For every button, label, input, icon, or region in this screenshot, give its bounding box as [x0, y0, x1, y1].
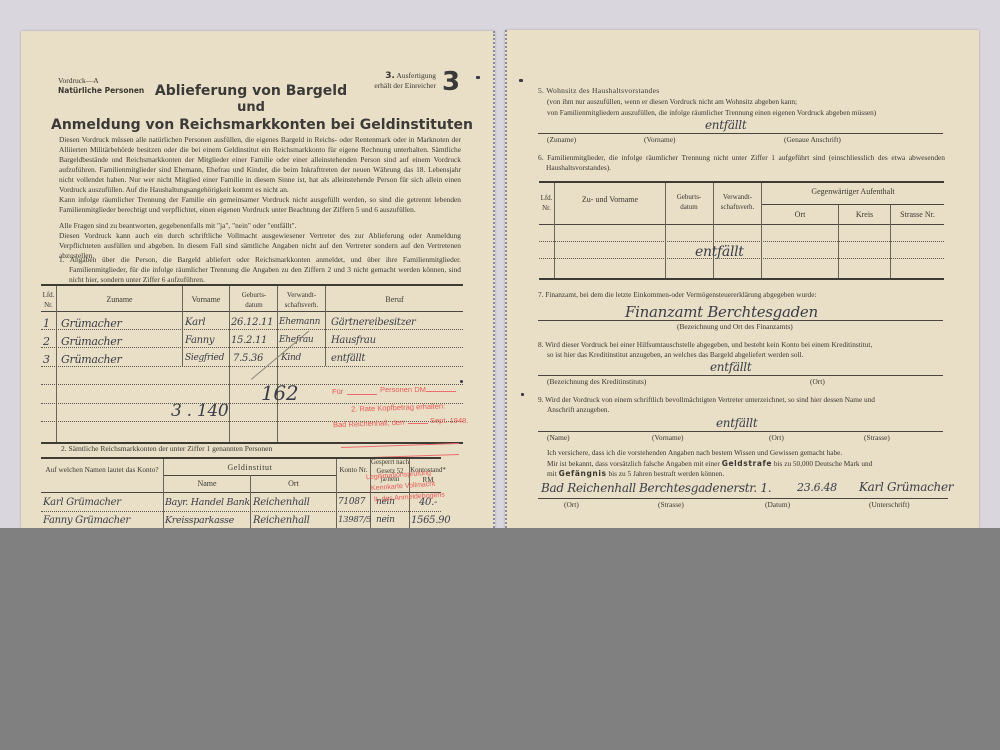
declaration-2: Mir ist bekannt, dass vorsätzlich falsch…: [547, 459, 872, 468]
row-bank-name: Bayr. Handel Bank: [165, 497, 250, 508]
row-nr: 1: [43, 317, 50, 330]
row-geburtsdatum: 15.2.11: [231, 335, 267, 346]
header-ort: Ort: [762, 210, 838, 220]
label-kreditinstitut: (Bezeichnung des Kreditinstituts): [547, 377, 646, 387]
label-finanzamt: (Bezeichnung und Ort des Finanzamts): [677, 322, 793, 332]
header-account-name: Auf welchen Namen lautet das Konto?: [41, 465, 163, 475]
header-geldinstitut: Geldinstitut: [164, 463, 336, 473]
header-name: Zu- und Vorname: [555, 195, 665, 205]
copy-label-line-2: erhält der Einreicher: [374, 81, 436, 90]
stamp-line-1a: Für: [332, 387, 343, 396]
punch-hole: [460, 380, 463, 383]
gray-overlay-band: [0, 528, 1000, 750]
declaration-3: mit Gefängnis bis zu 5 Jahren bestraft w…: [547, 469, 724, 478]
stamp-line-3a: Bad Reichenhall, den: [333, 418, 405, 429]
header-verwandtschaft: Verwandt-schaftsverh.: [714, 192, 761, 212]
row-gesperrt: nein: [376, 515, 395, 525]
row-zuname: Grümacher: [61, 353, 121, 366]
form-page-left: Vordruck—A Natürliche Personen Ablieferu…: [21, 31, 495, 528]
row-verwandtschaft: Kind: [281, 353, 301, 363]
label-genaue-anschrift: (Genaue Anschrift): [784, 135, 841, 145]
header-nr: Lfd. Nr.: [539, 193, 554, 213]
punch-hole: [476, 76, 480, 79]
signature-datum: 23.6.48: [797, 481, 837, 494]
stamp-line-1b: Personen DM: [380, 385, 426, 394]
label-name: (Name): [547, 433, 570, 443]
row-zuname: Grümacher: [61, 335, 121, 348]
row-geburtsdatum: 7.5.36: [233, 353, 263, 364]
label-vorname: (Vorname): [644, 135, 675, 145]
stamp-line-3b: Sept. 1948.: [430, 416, 468, 425]
header-ort: Ort: [251, 479, 336, 489]
row-verwandtschaft: Ehemann: [279, 317, 320, 327]
row-kontostand: 1565.90: [411, 515, 450, 526]
punch-hole: [521, 393, 524, 396]
form-subtitle: Natürliche Personen: [58, 86, 144, 96]
declaration-3c: bis zu 5 Jahren bestraft werden können.: [608, 469, 724, 478]
section-1-text: 1. Angaben über die Person, die Bargeld …: [59, 255, 461, 285]
stamp-line-2: 2. Rate Kopfbetrag erhalten:: [351, 401, 445, 413]
title-line-3: Anmeldung von Reichsmarkkonten bei Geldi…: [51, 117, 461, 133]
handwritten-total-1: 3 . 140: [171, 401, 228, 421]
handwritten-total-2: 162: [261, 381, 298, 405]
declaration-gefaengnis: Gefängnis: [559, 469, 607, 478]
header-name: Name: [164, 479, 250, 489]
copy-label: 3. Ausfertigung erhält der Einreicher: [341, 71, 436, 91]
table-6-value: entfällt: [695, 244, 744, 260]
row-vorname: Fanny: [185, 335, 214, 346]
row-geburtsdatum: 26.12.11: [231, 317, 273, 328]
header-aufenthalt: Gegenwärtiger Aufenthalt: [762, 187, 944, 197]
label-vorname: (Vorname): [652, 433, 683, 443]
header-zuname: Zuname: [57, 295, 182, 305]
section-8-text-1: 8. Wird dieser Vordruck bei einer Hilfsu…: [538, 340, 872, 349]
header-geburtsdatum: Geburts-datum: [672, 192, 706, 212]
row-konto-nr: 13987/5: [338, 515, 371, 525]
row-bank-name: Kreissparkasse: [165, 515, 234, 526]
section-9-text-2: Anschrift anzugeben.: [547, 405, 609, 414]
section-6-text: 6. Familienmitglieder, die infolge räuml…: [538, 153, 945, 173]
section-9-value: entfällt: [716, 416, 757, 430]
declaration-3a: mit: [547, 469, 557, 478]
row-nr: 2: [43, 335, 50, 348]
title-line-1: Ablieferung von Bargeld: [151, 83, 351, 99]
label-sig-ort: (Ort): [564, 500, 579, 510]
label-sig-unterschrift: (Unterschrift): [869, 500, 910, 510]
section-7-text: 7. Finanzamt, bei dem die letzte Einkomm…: [538, 290, 816, 299]
declaration-2c: bis zu 50,000 Deutsche Mark und: [774, 459, 873, 468]
row-konto-nr: 71087: [338, 497, 365, 507]
header-geburtsdatum: Geburts-datum: [237, 290, 271, 310]
row-nr: 3: [43, 353, 50, 366]
row-vorname: Siegfried: [185, 353, 224, 363]
row-beruf: Hausfrau: [331, 335, 376, 346]
form-id: Vordruck—A Natürliche Personen: [58, 76, 144, 96]
row-account-name: Fanny Grümacher: [43, 515, 130, 526]
section-5-title: 5. Wohnsitz des Haushaltsvorstandes: [538, 86, 659, 95]
form-id-text: Vordruck—A: [58, 76, 144, 86]
row-beruf: Gärtnereibesitzer: [331, 317, 416, 328]
intro-paragraph-1: Diesen Vordruck müssen alle natürlichen …: [59, 135, 461, 195]
header-beruf: Beruf: [326, 295, 463, 305]
label-sig-strasse: (Strasse): [658, 500, 684, 510]
label-zuname: (Zuname): [547, 135, 576, 145]
signature-strasse: Berchtesgadenerstr. 1.: [639, 481, 771, 495]
section-8-value: entfällt: [710, 360, 751, 374]
section-5-value: entfällt: [705, 118, 746, 132]
section-5-note-1: (von ihm nur auszufüllen, wenn er diesen…: [547, 97, 797, 106]
label-sig-datum: (Datum): [765, 500, 790, 510]
signature-ort: Bad Reichenhall: [541, 481, 636, 495]
section-8-text-2: so ist hier das Kreditinstitut anzugeben…: [547, 350, 803, 359]
header-verwandtschaft: Verwandt-schaftsverh.: [278, 290, 325, 310]
declaration-2a: Mir ist bekannt, dass vorsätzlich falsch…: [547, 459, 720, 468]
row-bank-ort: Reichenhall: [253, 497, 310, 508]
label-ort: (Ort): [810, 377, 825, 387]
row-account-name: Karl Grümacher: [43, 497, 121, 508]
section-5-note-2: von Familienmitgliedern auszufüllen, die…: [547, 108, 876, 117]
copy-number-label: 3.: [385, 71, 395, 81]
row-zuname: Grümacher: [61, 317, 121, 330]
form-page-right: 5. Wohnsitz des Haushaltsvorstandes (von…: [505, 30, 979, 528]
intro-paragraph-3: Alle Fragen sind zu beantworten, gegeben…: [59, 221, 461, 231]
title-line-2: und: [151, 100, 351, 115]
header-vorname: Vorname: [183, 295, 229, 305]
declaration-geldstrafe: Geldstrafe: [722, 459, 772, 468]
header-strasse: Strasse Nr.: [891, 210, 944, 220]
copy-big-number: 3: [442, 67, 460, 97]
section-2-title: 2. Sämtliche Reichsmarkkonten der unter …: [61, 444, 272, 453]
intro-paragraph-2: Kann infolge räumlicher Trennung der Fam…: [59, 195, 461, 215]
copy-label-line-1: Ausfertigung: [396, 71, 436, 80]
punch-hole: [519, 79, 523, 82]
section-9-text-1: 9. Wird der Vordruck von einem schriftli…: [538, 395, 875, 404]
label-ort: (Ort): [769, 433, 784, 443]
row-bank-ort: Reichenhall: [253, 515, 310, 526]
row-beruf: entfällt: [331, 353, 365, 364]
declaration-1: Ich versichere, dass ich die vorstehende…: [547, 448, 842, 457]
header-nr: Lfd. Nr.: [41, 290, 56, 310]
row-vorname: Karl: [185, 317, 205, 328]
label-strasse: (Strasse): [864, 433, 890, 443]
signature-unterschrift: Karl Grümacher: [859, 480, 953, 494]
section-7-value: Finanzamt Berchtesgaden: [625, 303, 818, 321]
header-kreis: Kreis: [839, 210, 890, 220]
